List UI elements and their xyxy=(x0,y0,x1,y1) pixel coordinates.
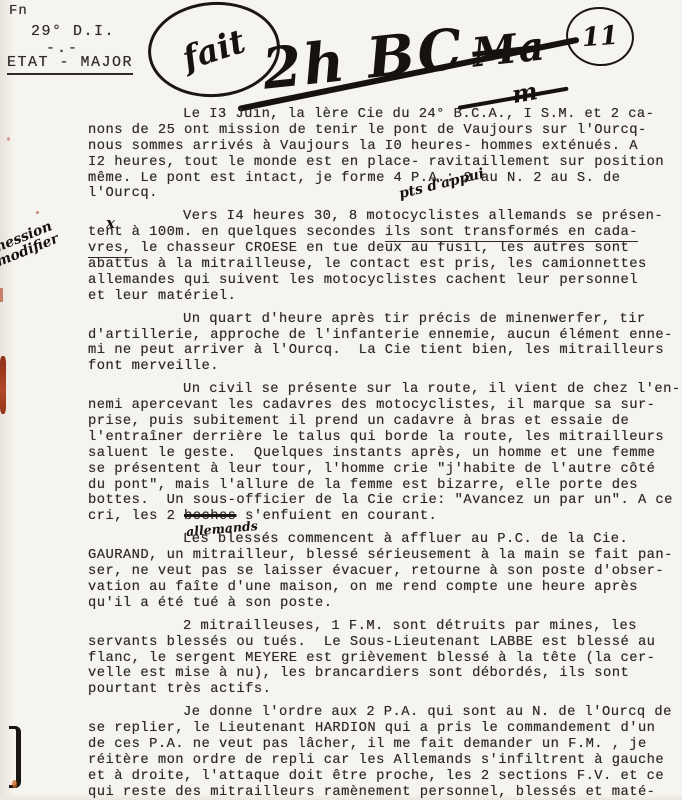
text-segment: nons de 25 ont mission de tenir le pont … xyxy=(88,123,647,138)
text-segment: s'enfuient en courant. xyxy=(236,509,437,524)
paper-speck xyxy=(7,137,10,141)
text-segment: font merveille. xyxy=(88,359,219,374)
text-line: vres, le chasseur CROESE en tue deux au … xyxy=(88,241,682,257)
ink-bracket-mark xyxy=(9,726,21,788)
text-line: se replier, le Lieutenant HARDION qui a … xyxy=(88,721,682,737)
text-line: servants blessés ou tués. Le Sous-Lieute… xyxy=(88,635,682,651)
text-segment: même. Le pont est intact, je forme 4 P.A… xyxy=(88,171,621,186)
text-line: velle est mise à nu), les brancardiers s… xyxy=(88,666,682,682)
text-line: et leur matériel. xyxy=(88,289,682,305)
paragraph: Un quart d'heure après tir précis de min… xyxy=(88,312,682,376)
text-line: nous sommes arrivés à Vaujours la I0 heu… xyxy=(88,139,682,155)
text-segment: prise, puis subitement il prend un cadav… xyxy=(88,414,629,429)
text-line: pourtant très actifs. xyxy=(88,682,682,698)
text-line: même. Le pont est intact, je forme 4 P.A… xyxy=(88,171,682,187)
text-segment: Le I3 Juin, la lère Cie du 24° B.C.A., I… xyxy=(183,107,654,122)
text-line: abattus à la mitrailleuse, le contact es… xyxy=(88,257,682,273)
page-number-circle: 11 xyxy=(563,4,637,70)
paragraph: 2 mitrailleuses, 1 F.M. sont détruits pa… xyxy=(88,619,682,698)
text-segment: Un civil se présente sur la route, il vi… xyxy=(183,382,681,397)
text-line: mi ne peut arriver à l'Ourcq. La Cie tie… xyxy=(88,343,682,359)
text-line: cri, les 2 boches s'enfuient en courant. xyxy=(88,509,682,525)
text-line: Un quart d'heure après tir précis de min… xyxy=(88,312,682,328)
red-ink-tick xyxy=(0,288,3,302)
text-segment: vation au faîte d'une maison, on me rend… xyxy=(88,580,638,595)
text-line: de ces P.A. ne veut pas lâcher, il me fa… xyxy=(88,737,682,753)
red-ink-mark xyxy=(0,356,6,414)
text-line: ser, ne veut pas se laisser évacuer, ret… xyxy=(88,564,682,580)
text-segment: nemi apercevant les cadavres des motocyc… xyxy=(88,398,655,413)
text-line: du pont", mais l'allure de la femme est … xyxy=(88,478,682,494)
text-line: bottes. Un sous-officier de la Cie crie:… xyxy=(88,493,682,509)
text-segment: et à droite, l'attaque doit être proche,… xyxy=(88,769,664,784)
text-segment: 2 mitrailleuses, 1 F.M. sont détruits pa… xyxy=(183,619,637,634)
text-line: et à droite, l'attaque doit être proche,… xyxy=(88,769,682,785)
text-line: Les blessés commencent à affluer au P.C.… xyxy=(88,532,682,548)
text-segment: d'artillerie, approche de l'infanterie e… xyxy=(88,328,673,343)
text-segment-u: vres, xyxy=(88,241,132,258)
text-segment: Vers I4 heures 30, 8 motocyclistes allem… xyxy=(183,209,663,224)
text-line: Je donne l'ordre aux 2 P.A. qui sont au … xyxy=(88,705,682,721)
paragraph: Vers I4 heures 30, 8 motocyclistes allem… xyxy=(88,209,682,304)
text-line: flanc, le sergent MEYERE est grièvement … xyxy=(88,651,682,667)
ink-fleck xyxy=(12,780,17,788)
office-heading: ETAT - MAJOR xyxy=(7,54,133,75)
text-line: qui reste des mitrailleurs ramènement pe… xyxy=(88,785,682,800)
paragraph: Je donne l'ordre aux 2 P.A. qui sont au … xyxy=(88,705,682,800)
text-segment: qu'il a été tué à son poste. xyxy=(88,596,332,611)
text-segment: se replier, le Lieutenant HARDION qui a … xyxy=(88,721,655,736)
text-line: l'Ourcq. xyxy=(88,186,682,202)
text-segment: Un quart d'heure après tir précis de min… xyxy=(183,312,646,327)
text-line: nemi apercevant les cadavres des motocyc… xyxy=(88,398,682,414)
text-segment: velle est mise à nu), les brancardiers s… xyxy=(88,666,629,681)
text-segment-u: ils sont transformés en cada- xyxy=(385,225,638,242)
text-segment: nous sommes arrivés à Vaujours la I0 heu… xyxy=(88,139,638,154)
paragraph: Le I3 Juin, la lère Cie du 24° B.C.A., I… xyxy=(88,107,682,202)
text-segment: pourtant très actifs. xyxy=(88,682,271,697)
text-segment: abattus à la mitrailleuse, le contact es… xyxy=(88,257,647,272)
text-line: d'artillerie, approche de l'infanterie e… xyxy=(88,328,682,344)
text-segment: Les blessés commencent à affluer au P.C.… xyxy=(183,532,628,547)
text-line: l'entraîner derrière le talus qui borde … xyxy=(88,430,682,446)
scanned-document-page: Fn 29° D.I. -.- ETAT - MAJOR fait 2h BCM… xyxy=(0,0,682,800)
text-line: prise, puis subitement il prend un cadav… xyxy=(88,414,682,430)
paper-speck xyxy=(36,211,39,214)
text-line: Vers I4 heures 30, 8 motocyclistes allem… xyxy=(88,209,682,225)
text-line: I2 heures, tout le monde est en place- r… xyxy=(88,155,682,171)
fait-handwriting: fait xyxy=(178,21,250,78)
text-line: saluent le geste. Quelques instants aprè… xyxy=(88,446,682,462)
text-segment: GAURAND, un mitrailleur, blessé sérieuse… xyxy=(88,548,673,563)
division-heading: 29° D.I. xyxy=(31,23,115,40)
text-segment: bottes. Un sous-officier de la Cie crie:… xyxy=(88,493,673,508)
document-body: Le I3 Juin, la lère Cie du 24° B.C.A., I… xyxy=(88,107,682,800)
text-line: Le I3 Juin, la lère Cie du 24° B.C.A., I… xyxy=(88,107,682,123)
text-segment: ser, ne veut pas se laisser évacuer, ret… xyxy=(88,564,664,579)
text-segment: du pont", mais l'allure de la femme est … xyxy=(88,478,638,493)
text-segment: réitère mon ordre de repli car les Allem… xyxy=(88,753,664,768)
text-line: réitère mon ordre de repli car les Allem… xyxy=(88,753,682,769)
text-segment: qui reste des mitrailleurs ramènement pe… xyxy=(88,785,655,800)
text-segment: l'Ourcq. xyxy=(88,186,158,201)
text-segment: et leur matériel. xyxy=(88,289,236,304)
text-segment: Je donne l'ordre aux 2 P.A. qui sont au … xyxy=(183,705,672,720)
text-line: vation au faîte d'une maison, on me rend… xyxy=(88,580,682,596)
text-line: Un civil se présente sur la route, il vi… xyxy=(88,382,682,398)
page-number: 11 xyxy=(581,20,619,52)
corner-code: Fn xyxy=(9,3,28,19)
text-segment: I2 heures, tout le monde est en place- r… xyxy=(88,155,664,170)
text-line: 2 mitrailleuses, 1 F.M. sont détruits pa… xyxy=(88,619,682,635)
text-line: GAURAND, un mitrailleur, blessé sérieuse… xyxy=(88,548,682,564)
text-segment: flanc, le sergent MEYERE est grièvement … xyxy=(88,651,655,666)
text-line: nons de 25 ont mission de tenir le pont … xyxy=(88,123,682,139)
paragraph: Un civil se présente sur la route, il vi… xyxy=(88,382,682,525)
text-segment: l'entraîner derrière le talus qui borde … xyxy=(88,430,664,445)
text-segment: saluent le geste. Quelques instants aprè… xyxy=(88,446,655,461)
text-line: allemandes qui suivent les motocyclistes… xyxy=(88,273,682,289)
text-segment: cri, les 2 xyxy=(88,509,184,524)
text-segment: allemandes qui suivent les motocyclistes… xyxy=(88,273,638,288)
text-segment: se présentent à leur tour, l'homme crie … xyxy=(88,462,655,477)
text-line: font merveille. xyxy=(88,359,682,375)
text-segment: le chasseur CROESE en tue deux au fusil,… xyxy=(132,241,630,256)
text-line: tent à 100m. en quelques secondes ils so… xyxy=(88,225,682,241)
paragraph: Les blessés commencent à affluer au P.C.… xyxy=(88,532,682,611)
text-segment: tent à 100m. en quelques secondes xyxy=(88,225,385,240)
text-segment: de ces P.A. ne veut pas lâcher, il me fa… xyxy=(88,737,647,752)
bca-text: 2h BC xyxy=(259,16,467,103)
text-line: se présentent à leur tour, l'homme crie … xyxy=(88,462,682,478)
text-segment-strike: boches xyxy=(184,509,236,524)
text-segment: mi ne peut arriver à l'Ourcq. La Cie tie… xyxy=(88,343,664,358)
text-line: qu'il a été tué à son poste. xyxy=(88,596,682,612)
text-segment: servants blessés ou tués. Le Sous-Lieute… xyxy=(88,635,655,650)
